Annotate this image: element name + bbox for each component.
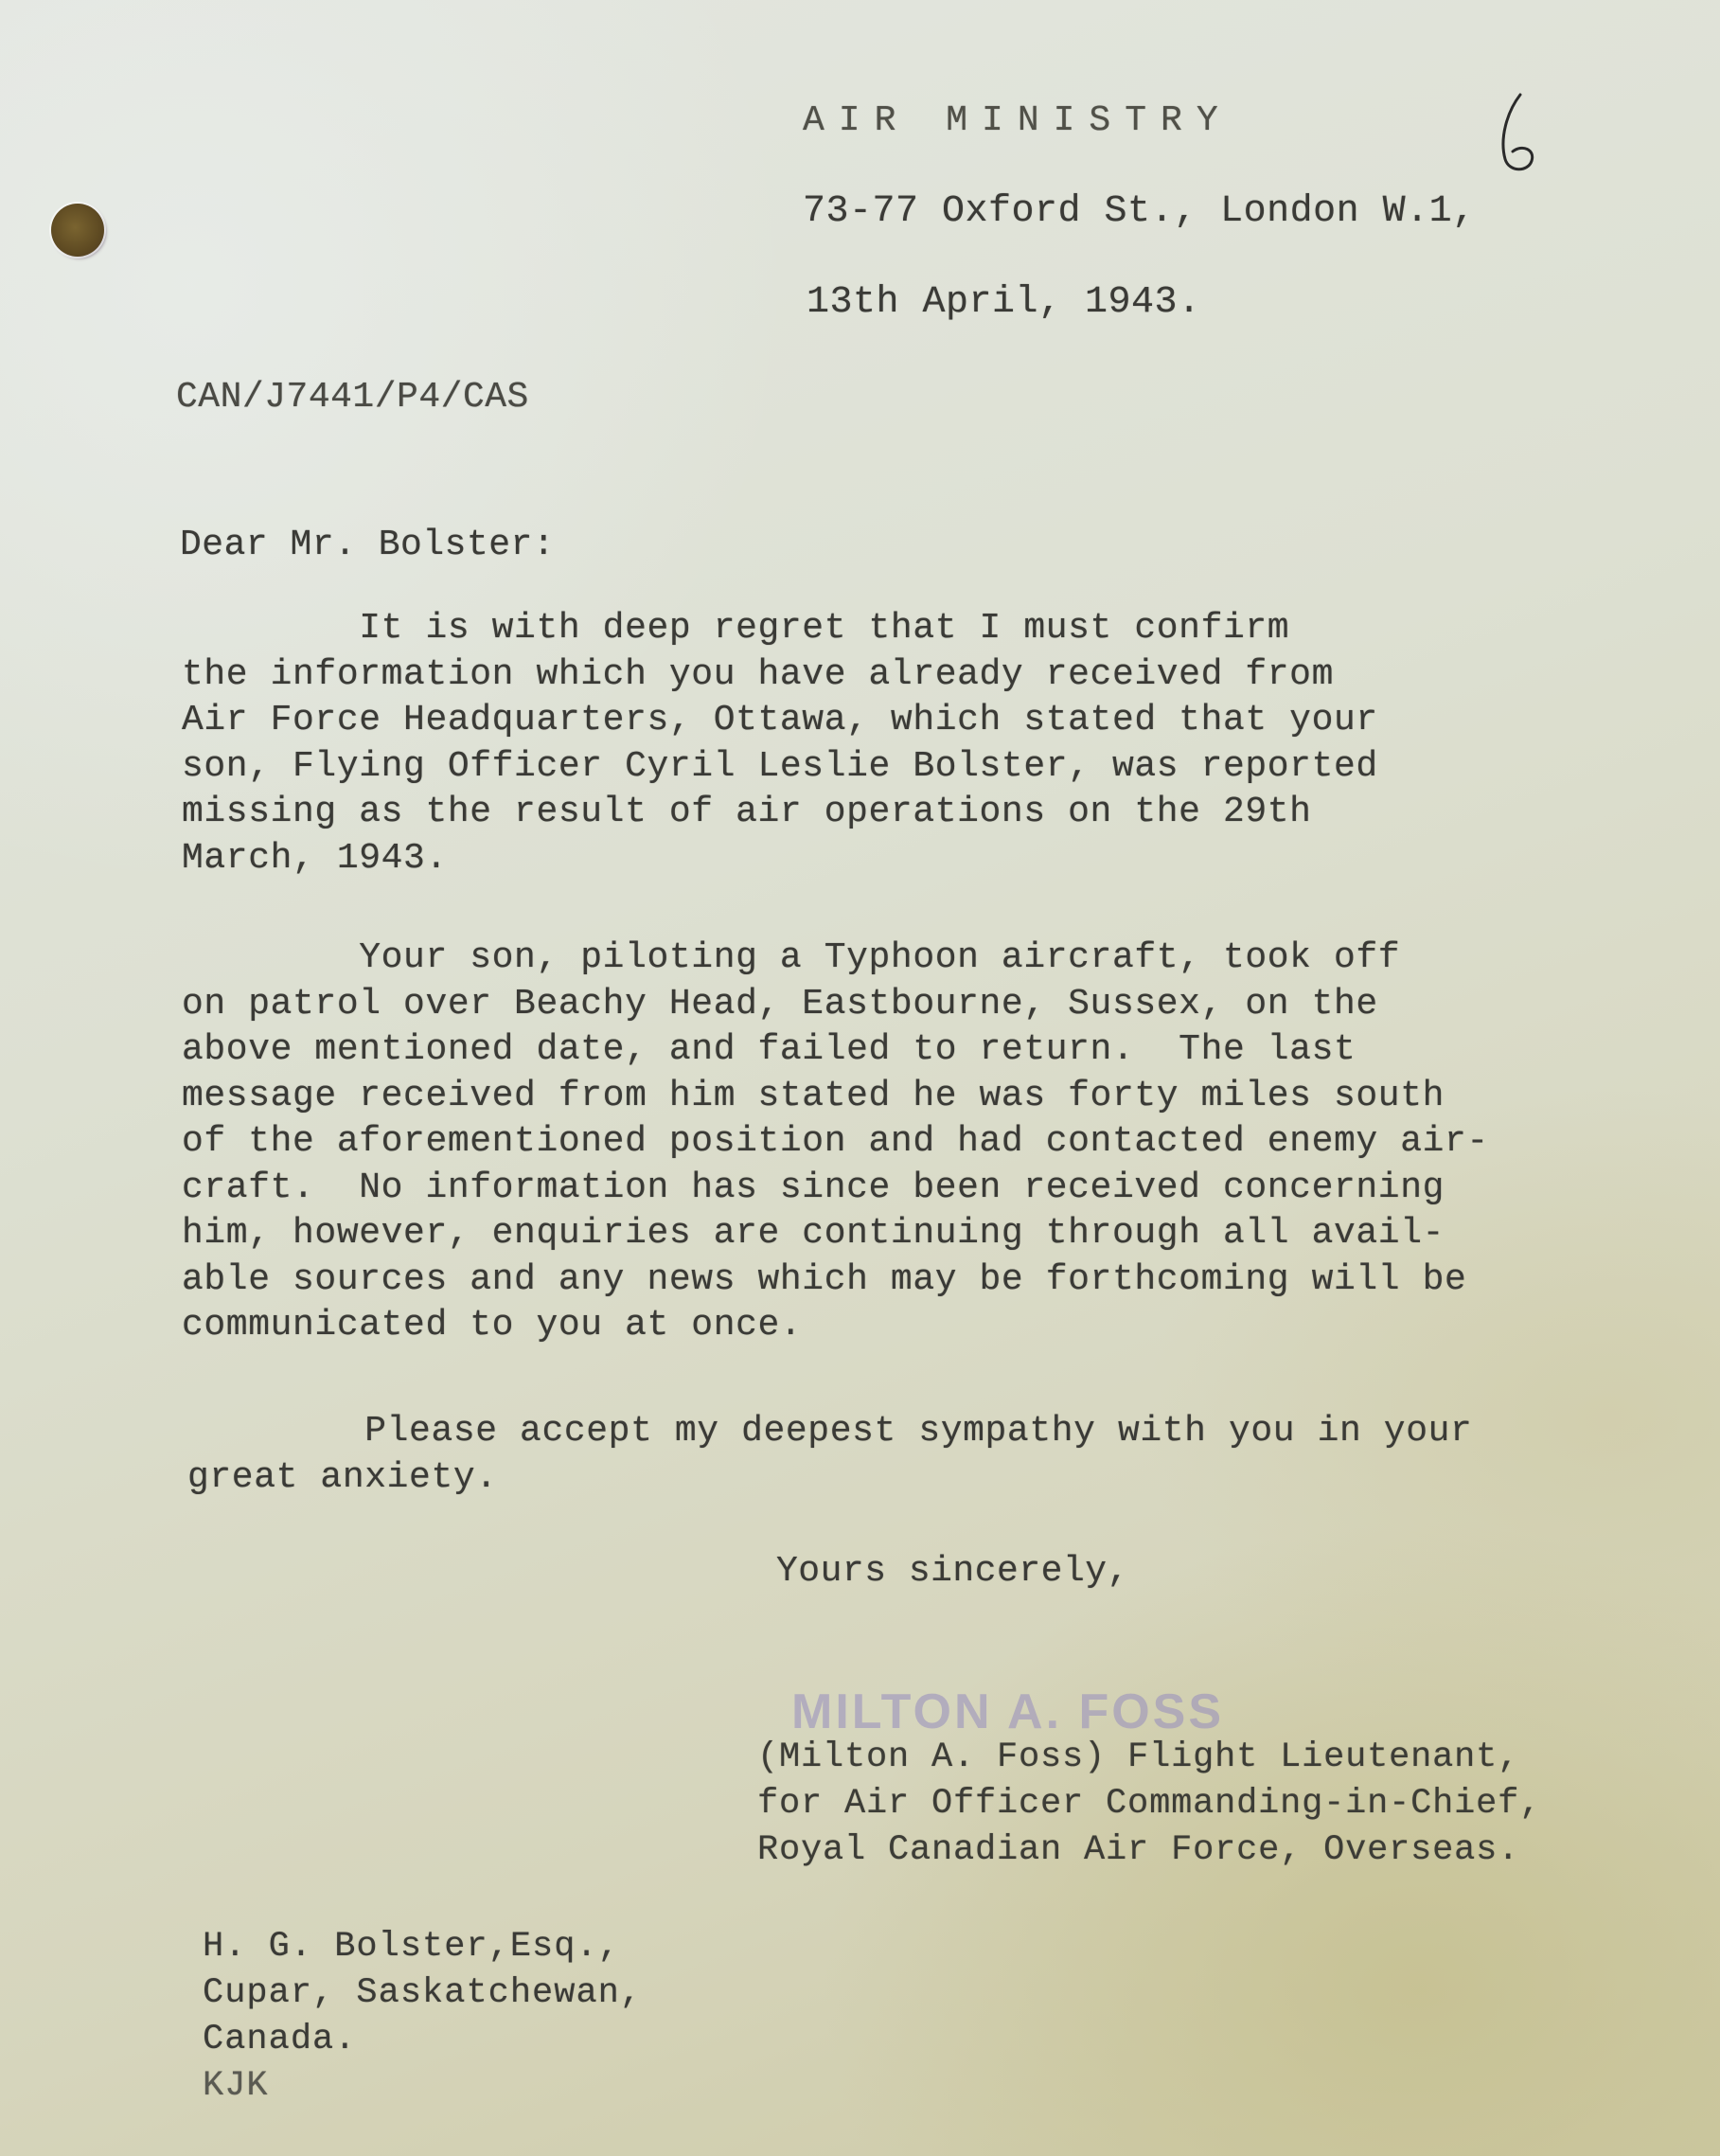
addressee-name: H. G. Bolster,Esq., bbox=[203, 1924, 642, 1970]
signature-stamp: MILTON A. FOSS bbox=[791, 1684, 1224, 1740]
addressee-town: Cupar, Saskatchewan, bbox=[203, 1970, 642, 2017]
text-line: missing as the result of air operations … bbox=[182, 790, 1378, 836]
signature-block: (Milton A. Foss) Flight Lieutenant, for … bbox=[757, 1735, 1541, 1874]
signatory-organization: Royal Canadian Air Force, Overseas. bbox=[757, 1827, 1541, 1874]
signatory-name-title: (Milton A. Foss) Flight Lieutenant, bbox=[757, 1735, 1541, 1781]
text-line: craft. No information has since been rec… bbox=[182, 1166, 1489, 1212]
body-paragraph-1: It is with deep regret that I must confi… bbox=[182, 606, 1378, 882]
text-line: able sources and any news which may be f… bbox=[182, 1257, 1489, 1304]
typist-initials: KJK bbox=[203, 2063, 642, 2110]
text-line: great anxiety. bbox=[187, 1455, 1472, 1502]
text-line: communicated to you at once. bbox=[182, 1303, 1489, 1349]
text-line: him, however, enquiries are continuing t… bbox=[182, 1211, 1489, 1257]
addressee-block: H. G. Bolster,Esq., Cupar, Saskatchewan,… bbox=[203, 1924, 642, 2110]
body-paragraph-3: Please accept my deepest sympathy with y… bbox=[187, 1409, 1472, 1501]
text-line: It is with deep regret that I must confi… bbox=[182, 606, 1378, 652]
text-line: March, 1943. bbox=[182, 836, 1378, 882]
letter-date: 13th April, 1943. bbox=[807, 280, 1201, 326]
handwritten-folio-number: 6 bbox=[1494, 91, 1541, 176]
letterhead-address: 73-77 Oxford St., London W.1, bbox=[803, 189, 1476, 235]
salutation: Dear Mr. Bolster: bbox=[180, 523, 555, 568]
text-line: Your son, piloting a Typhoon aircraft, t… bbox=[182, 935, 1489, 982]
hole-punch-mark bbox=[51, 204, 104, 257]
reference-number: CAN/J7441/P4/CAS bbox=[176, 375, 529, 420]
text-line: of the aforementioned position and had c… bbox=[182, 1119, 1489, 1166]
text-line: the information which you have already r… bbox=[182, 652, 1378, 699]
complimentary-close: Yours sincerely, bbox=[776, 1549, 1129, 1595]
signatory-on-behalf: for Air Officer Commanding-in-Chief, bbox=[757, 1781, 1541, 1827]
text-line: message received from him stated he was … bbox=[182, 1074, 1489, 1120]
text-line: on patrol over Beachy Head, Eastbourne, … bbox=[182, 982, 1489, 1028]
addressee-country: Canada. bbox=[203, 2017, 642, 2063]
text-line: Please accept my deepest sympathy with y… bbox=[187, 1409, 1472, 1455]
body-paragraph-2: Your son, piloting a Typhoon aircraft, t… bbox=[182, 935, 1489, 1349]
text-line: Air Force Headquarters, Ottawa, which st… bbox=[182, 698, 1378, 744]
letter-page: AIR MINISTRY 73-77 Oxford St., London W.… bbox=[0, 0, 1720, 2156]
text-line: above mentioned date, and failed to retu… bbox=[182, 1027, 1489, 1074]
text-line: son, Flying Officer Cyril Leslie Bolster… bbox=[182, 744, 1378, 791]
letterhead-organization: AIR MINISTRY bbox=[803, 98, 1232, 144]
